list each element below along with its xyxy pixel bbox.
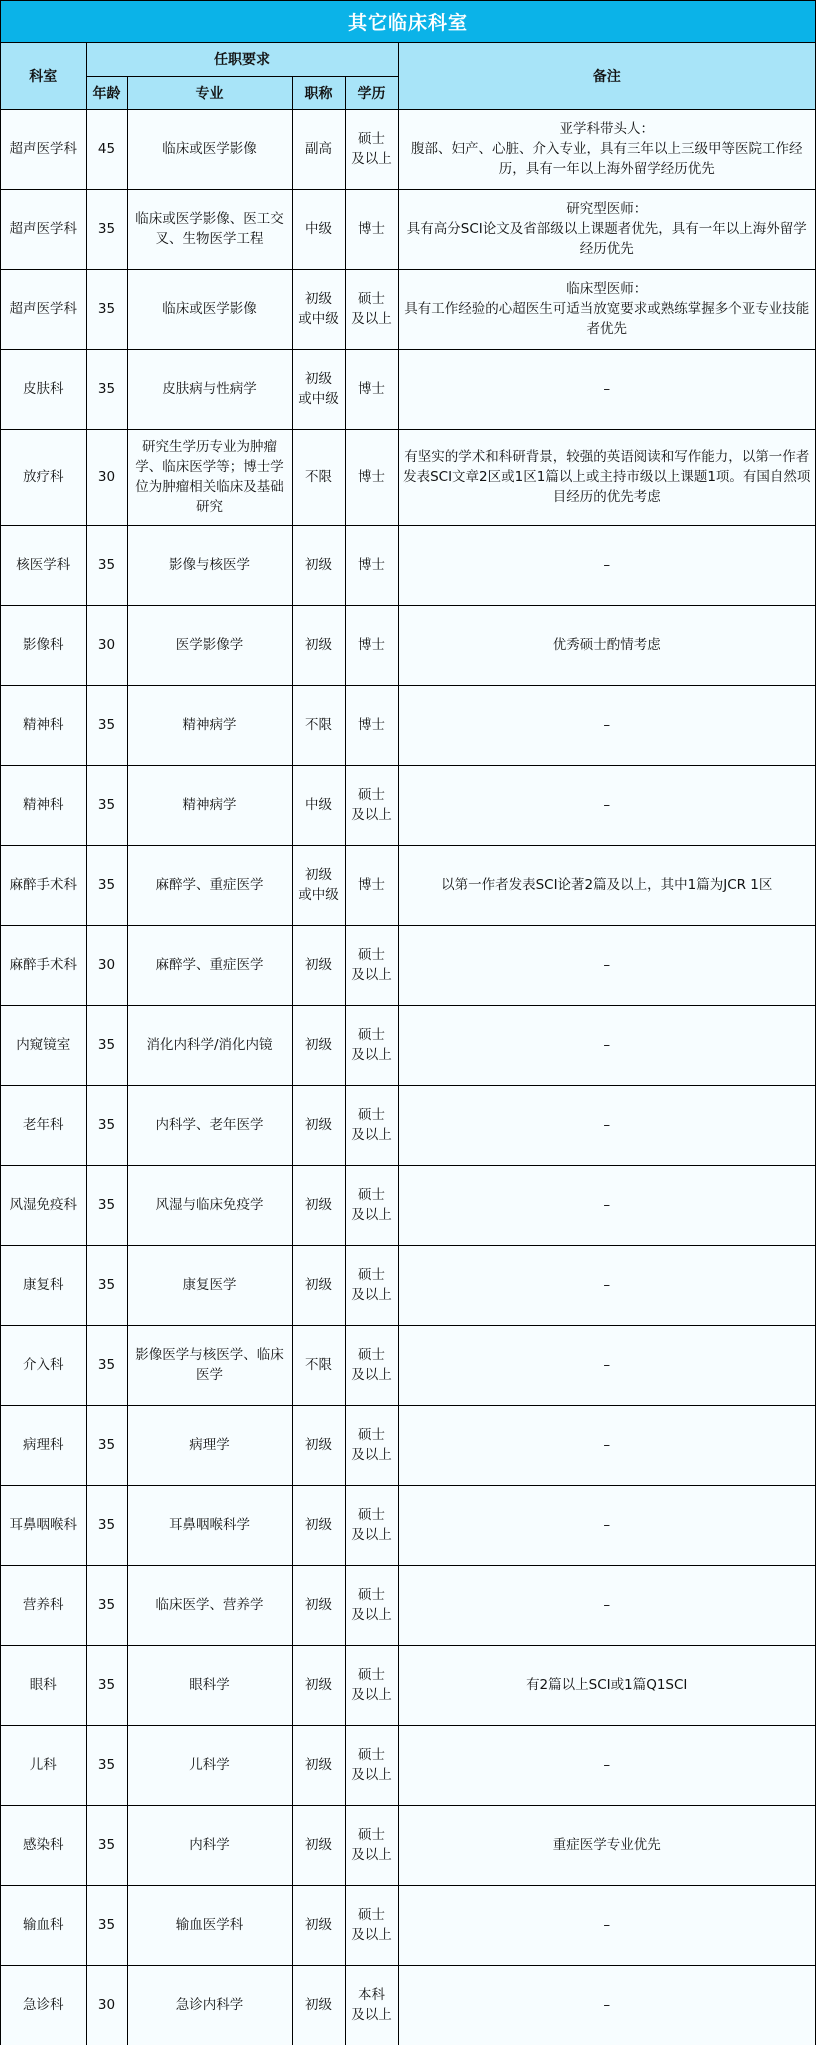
dept-cell: 超声医学科 bbox=[1, 269, 86, 349]
dept-cell: 放疗科 bbox=[1, 429, 86, 525]
remark-cell: – bbox=[398, 1085, 815, 1165]
dept-cell: 康复科 bbox=[1, 1245, 86, 1325]
table-row: 内窥镜室35消化内科学/消化内镜初级硕士及以上– bbox=[1, 1005, 815, 1085]
major-cell: 儿科学 bbox=[127, 1725, 292, 1805]
dept-cell: 介入科 bbox=[1, 1325, 86, 1405]
remark-cell: – bbox=[398, 765, 815, 845]
dept-cell: 超声医学科 bbox=[1, 189, 86, 269]
degree-cell: 博士 bbox=[345, 685, 398, 765]
table-row: 超声医学科35临床或医学影像、医工交叉、生物医学工程中级博士研究型医师：具有高分… bbox=[1, 189, 815, 269]
age-cell: 30 bbox=[86, 925, 127, 1005]
major-cell: 医学影像学 bbox=[127, 605, 292, 685]
table-row: 超声医学科45临床或医学影像副高硕士及以上亚学科带头人：腹部、妇产、心脏、介入专… bbox=[1, 109, 815, 189]
major-cell: 风湿与临床免疫学 bbox=[127, 1165, 292, 1245]
table-row: 输血科35输血医学科初级硕士及以上– bbox=[1, 1885, 815, 1965]
rank-cell: 初级 bbox=[292, 1005, 345, 1085]
degree-cell: 硕士及以上 bbox=[345, 1405, 398, 1485]
dept-cell: 耳鼻咽喉科 bbox=[1, 1485, 86, 1565]
remark-cell: – bbox=[398, 1405, 815, 1485]
table-row: 超声医学科35临床或医学影像初级或中级硕士及以上临床型医师：具有工作经验的心超医… bbox=[1, 269, 815, 349]
header-rank: 职称 bbox=[292, 76, 345, 109]
remark-cell: 临床型医师：具有工作经验的心超医生可适当放宽要求或熟练掌握多个亚专业技能者优先 bbox=[398, 269, 815, 349]
age-cell: 35 bbox=[86, 1005, 127, 1085]
dept-cell: 精神科 bbox=[1, 685, 86, 765]
major-cell: 影像与核医学 bbox=[127, 525, 292, 605]
degree-cell: 本科及以上 bbox=[345, 1965, 398, 2045]
remark-cell: 有2篇以上SCI或1篇Q1SCI bbox=[398, 1645, 815, 1725]
rank-cell: 初级 bbox=[292, 1965, 345, 2045]
rank-cell: 初级 bbox=[292, 1645, 345, 1725]
age-cell: 35 bbox=[86, 1565, 127, 1645]
dept-cell: 病理科 bbox=[1, 1405, 86, 1485]
rank-cell: 不限 bbox=[292, 429, 345, 525]
major-cell: 研究生学历专业为肿瘤学、临床医学等；博士学位为肿瘤相关临床及基础研究 bbox=[127, 429, 292, 525]
table-row: 放疗科30研究生学历专业为肿瘤学、临床医学等；博士学位为肿瘤相关临床及基础研究不… bbox=[1, 429, 815, 525]
remark-cell: – bbox=[398, 349, 815, 429]
dept-cell: 皮肤科 bbox=[1, 349, 86, 429]
header-dept: 科室 bbox=[1, 43, 86, 109]
dept-cell: 儿科 bbox=[1, 1725, 86, 1805]
table-row: 核医学科35影像与核医学初级博士– bbox=[1, 525, 815, 605]
major-cell: 麻醉学、重症医学 bbox=[127, 845, 292, 925]
dept-cell: 核医学科 bbox=[1, 525, 86, 605]
dept-cell: 麻醉手术科 bbox=[1, 925, 86, 1005]
degree-cell: 博士 bbox=[345, 845, 398, 925]
dept-cell: 营养科 bbox=[1, 1565, 86, 1645]
major-cell: 临床或医学影像 bbox=[127, 109, 292, 189]
degree-cell: 硕士及以上 bbox=[345, 1245, 398, 1325]
remark-cell: 以第一作者发表SCI论著2篇及以上，其中1篇为JCR 1区 bbox=[398, 845, 815, 925]
degree-cell: 博士 bbox=[345, 429, 398, 525]
degree-cell: 硕士及以上 bbox=[345, 1725, 398, 1805]
table-row: 急诊科30急诊内科学初级本科及以上– bbox=[1, 1965, 815, 2045]
major-cell: 临床或医学影像、医工交叉、生物医学工程 bbox=[127, 189, 292, 269]
remark-cell: – bbox=[398, 1965, 815, 2045]
table-row: 影像科30医学影像学初级博士优秀硕士酌情考虑 bbox=[1, 605, 815, 685]
major-cell: 病理学 bbox=[127, 1405, 292, 1485]
remark-cell: 亚学科带头人：腹部、妇产、心脏、介入专业，具有三年以上三级甲等医院工作经历，具有… bbox=[398, 109, 815, 189]
remark-cell: – bbox=[398, 1725, 815, 1805]
remark-cell: – bbox=[398, 525, 815, 605]
age-cell: 35 bbox=[86, 1245, 127, 1325]
rank-cell: 中级 bbox=[292, 765, 345, 845]
table-row: 老年科35内科学、老年医学初级硕士及以上– bbox=[1, 1085, 815, 1165]
major-cell: 影像医学与核医学、临床医学 bbox=[127, 1325, 292, 1405]
table-body: 超声医学科45临床或医学影像副高硕士及以上亚学科带头人：腹部、妇产、心脏、介入专… bbox=[1, 109, 815, 2045]
dept-cell: 麻醉手术科 bbox=[1, 845, 86, 925]
degree-cell: 硕士及以上 bbox=[345, 1805, 398, 1885]
rank-cell: 初级 bbox=[292, 1565, 345, 1645]
table-row: 康复科35康复医学初级硕士及以上– bbox=[1, 1245, 815, 1325]
table-row: 耳鼻咽喉科35耳鼻咽喉科学初级硕士及以上– bbox=[1, 1485, 815, 1565]
major-cell: 皮肤病与性病学 bbox=[127, 349, 292, 429]
age-cell: 35 bbox=[86, 1645, 127, 1725]
age-cell: 35 bbox=[86, 765, 127, 845]
rank-cell: 初级 bbox=[292, 1725, 345, 1805]
age-cell: 35 bbox=[86, 269, 127, 349]
degree-cell: 硕士及以上 bbox=[345, 765, 398, 845]
dept-cell: 眼科 bbox=[1, 1645, 86, 1725]
table-row: 儿科35儿科学初级硕士及以上– bbox=[1, 1725, 815, 1805]
major-cell: 内科学 bbox=[127, 1805, 292, 1885]
dept-cell: 急诊科 bbox=[1, 1965, 86, 2045]
table-row: 眼科35眼科学初级硕士及以上有2篇以上SCI或1篇Q1SCI bbox=[1, 1645, 815, 1725]
major-cell: 精神病学 bbox=[127, 765, 292, 845]
header-degree: 学历 bbox=[345, 76, 398, 109]
age-cell: 35 bbox=[86, 845, 127, 925]
degree-cell: 硕士及以上 bbox=[345, 1885, 398, 1965]
rank-cell: 不限 bbox=[292, 685, 345, 765]
rank-cell: 初级 bbox=[292, 1165, 345, 1245]
degree-cell: 博士 bbox=[345, 349, 398, 429]
age-cell: 35 bbox=[86, 1405, 127, 1485]
rank-cell: 中级 bbox=[292, 189, 345, 269]
remark-cell: 优秀硕士酌情考虑 bbox=[398, 605, 815, 685]
major-cell: 急诊内科学 bbox=[127, 1965, 292, 2045]
rank-cell: 初级 bbox=[292, 925, 345, 1005]
age-cell: 45 bbox=[86, 109, 127, 189]
remark-cell: 重症医学专业优先 bbox=[398, 1805, 815, 1885]
remark-cell: – bbox=[398, 1325, 815, 1405]
recruitment-table-sheet: 其它临床科室 科室 任职要求 备注 年龄 专业 职称 学历 超声医学科45临床或… bbox=[0, 0, 816, 2045]
rank-cell: 不限 bbox=[292, 1325, 345, 1405]
dept-cell: 超声医学科 bbox=[1, 109, 86, 189]
remark-cell: 有坚实的学术和科研背景，较强的英语阅读和写作能力，以第一作者发表SCI文章2区或… bbox=[398, 429, 815, 525]
degree-cell: 硕士及以上 bbox=[345, 109, 398, 189]
dept-cell: 内窥镜室 bbox=[1, 1005, 86, 1085]
rank-cell: 初级 bbox=[292, 1085, 345, 1165]
age-cell: 35 bbox=[86, 1165, 127, 1245]
major-cell: 临床医学、营养学 bbox=[127, 1565, 292, 1645]
remark-cell: – bbox=[398, 1245, 815, 1325]
major-cell: 精神病学 bbox=[127, 685, 292, 765]
rank-cell: 初级或中级 bbox=[292, 349, 345, 429]
degree-cell: 硕士及以上 bbox=[345, 1165, 398, 1245]
major-cell: 麻醉学、重症医学 bbox=[127, 925, 292, 1005]
degree-cell: 博士 bbox=[345, 605, 398, 685]
age-cell: 30 bbox=[86, 429, 127, 525]
degree-cell: 硕士及以上 bbox=[345, 1085, 398, 1165]
degree-cell: 硕士及以上 bbox=[345, 1485, 398, 1565]
major-cell: 康复医学 bbox=[127, 1245, 292, 1325]
age-cell: 30 bbox=[86, 605, 127, 685]
remark-cell: 研究型医师：具有高分SCI论文及省部级以上课题者优先，具有一年以上海外留学经历优… bbox=[398, 189, 815, 269]
rank-cell: 初级 bbox=[292, 1485, 345, 1565]
dept-cell: 输血科 bbox=[1, 1885, 86, 1965]
age-cell: 35 bbox=[86, 1725, 127, 1805]
dept-cell: 老年科 bbox=[1, 1085, 86, 1165]
rank-cell: 初级 bbox=[292, 525, 345, 605]
degree-cell: 博士 bbox=[345, 189, 398, 269]
age-cell: 35 bbox=[86, 1885, 127, 1965]
dept-cell: 感染科 bbox=[1, 1805, 86, 1885]
age-cell: 35 bbox=[86, 1325, 127, 1405]
age-cell: 35 bbox=[86, 1805, 127, 1885]
header-remark: 备注 bbox=[398, 43, 815, 109]
remark-cell: – bbox=[398, 1485, 815, 1565]
header-age: 年龄 bbox=[86, 76, 127, 109]
major-cell: 临床或医学影像 bbox=[127, 269, 292, 349]
rank-cell: 初级或中级 bbox=[292, 845, 345, 925]
age-cell: 35 bbox=[86, 349, 127, 429]
rank-cell: 初级 bbox=[292, 1245, 345, 1325]
major-cell: 输血医学科 bbox=[127, 1885, 292, 1965]
rank-cell: 副高 bbox=[292, 109, 345, 189]
table-title: 其它临床科室 bbox=[1, 1, 815, 43]
remark-cell: – bbox=[398, 1565, 815, 1645]
remark-cell: – bbox=[398, 925, 815, 1005]
table-row: 麻醉手术科30麻醉学、重症医学初级硕士及以上– bbox=[1, 925, 815, 1005]
age-cell: 35 bbox=[86, 685, 127, 765]
table-row: 营养科35临床医学、营养学初级硕士及以上– bbox=[1, 1565, 815, 1645]
header-requirements: 任职要求 bbox=[86, 43, 398, 76]
remark-cell: – bbox=[398, 1165, 815, 1245]
remark-cell: – bbox=[398, 1005, 815, 1085]
degree-cell: 硕士及以上 bbox=[345, 1325, 398, 1405]
major-cell: 消化内科学/消化内镜 bbox=[127, 1005, 292, 1085]
degree-cell: 硕士及以上 bbox=[345, 1645, 398, 1725]
degree-cell: 硕士及以上 bbox=[345, 925, 398, 1005]
dept-cell: 风湿免疫科 bbox=[1, 1165, 86, 1245]
table-row: 风湿免疫科35风湿与临床免疫学初级硕士及以上– bbox=[1, 1165, 815, 1245]
age-cell: 35 bbox=[86, 189, 127, 269]
rank-cell: 初级 bbox=[292, 1805, 345, 1885]
recruitment-table: 科室 任职要求 备注 年龄 专业 职称 学历 超声医学科45临床或医学影像副高硕… bbox=[1, 43, 815, 2045]
remark-cell: – bbox=[398, 1885, 815, 1965]
age-cell: 35 bbox=[86, 1485, 127, 1565]
degree-cell: 硕士及以上 bbox=[345, 269, 398, 349]
remark-cell: – bbox=[398, 685, 815, 765]
table-row: 精神科35精神病学中级硕士及以上– bbox=[1, 765, 815, 845]
age-cell: 35 bbox=[86, 525, 127, 605]
rank-cell: 初级 bbox=[292, 1885, 345, 1965]
degree-cell: 硕士及以上 bbox=[345, 1565, 398, 1645]
rank-cell: 初级 bbox=[292, 605, 345, 685]
rank-cell: 初级或中级 bbox=[292, 269, 345, 349]
header-major: 专业 bbox=[127, 76, 292, 109]
table-row: 病理科35病理学初级硕士及以上– bbox=[1, 1405, 815, 1485]
table-row: 皮肤科35皮肤病与性病学初级或中级博士– bbox=[1, 349, 815, 429]
degree-cell: 硕士及以上 bbox=[345, 1005, 398, 1085]
rank-cell: 初级 bbox=[292, 1405, 345, 1485]
major-cell: 眼科学 bbox=[127, 1645, 292, 1725]
age-cell: 30 bbox=[86, 1965, 127, 2045]
table-row: 介入科35影像医学与核医学、临床医学不限硕士及以上– bbox=[1, 1325, 815, 1405]
header-row-1: 科室 任职要求 备注 bbox=[1, 43, 815, 76]
table-row: 感染科35内科学初级硕士及以上重症医学专业优先 bbox=[1, 1805, 815, 1885]
major-cell: 耳鼻咽喉科学 bbox=[127, 1485, 292, 1565]
age-cell: 35 bbox=[86, 1085, 127, 1165]
dept-cell: 精神科 bbox=[1, 765, 86, 845]
degree-cell: 博士 bbox=[345, 525, 398, 605]
table-row: 麻醉手术科35麻醉学、重症医学初级或中级博士以第一作者发表SCI论著2篇及以上，… bbox=[1, 845, 815, 925]
dept-cell: 影像科 bbox=[1, 605, 86, 685]
table-row: 精神科35精神病学不限博士– bbox=[1, 685, 815, 765]
major-cell: 内科学、老年医学 bbox=[127, 1085, 292, 1165]
